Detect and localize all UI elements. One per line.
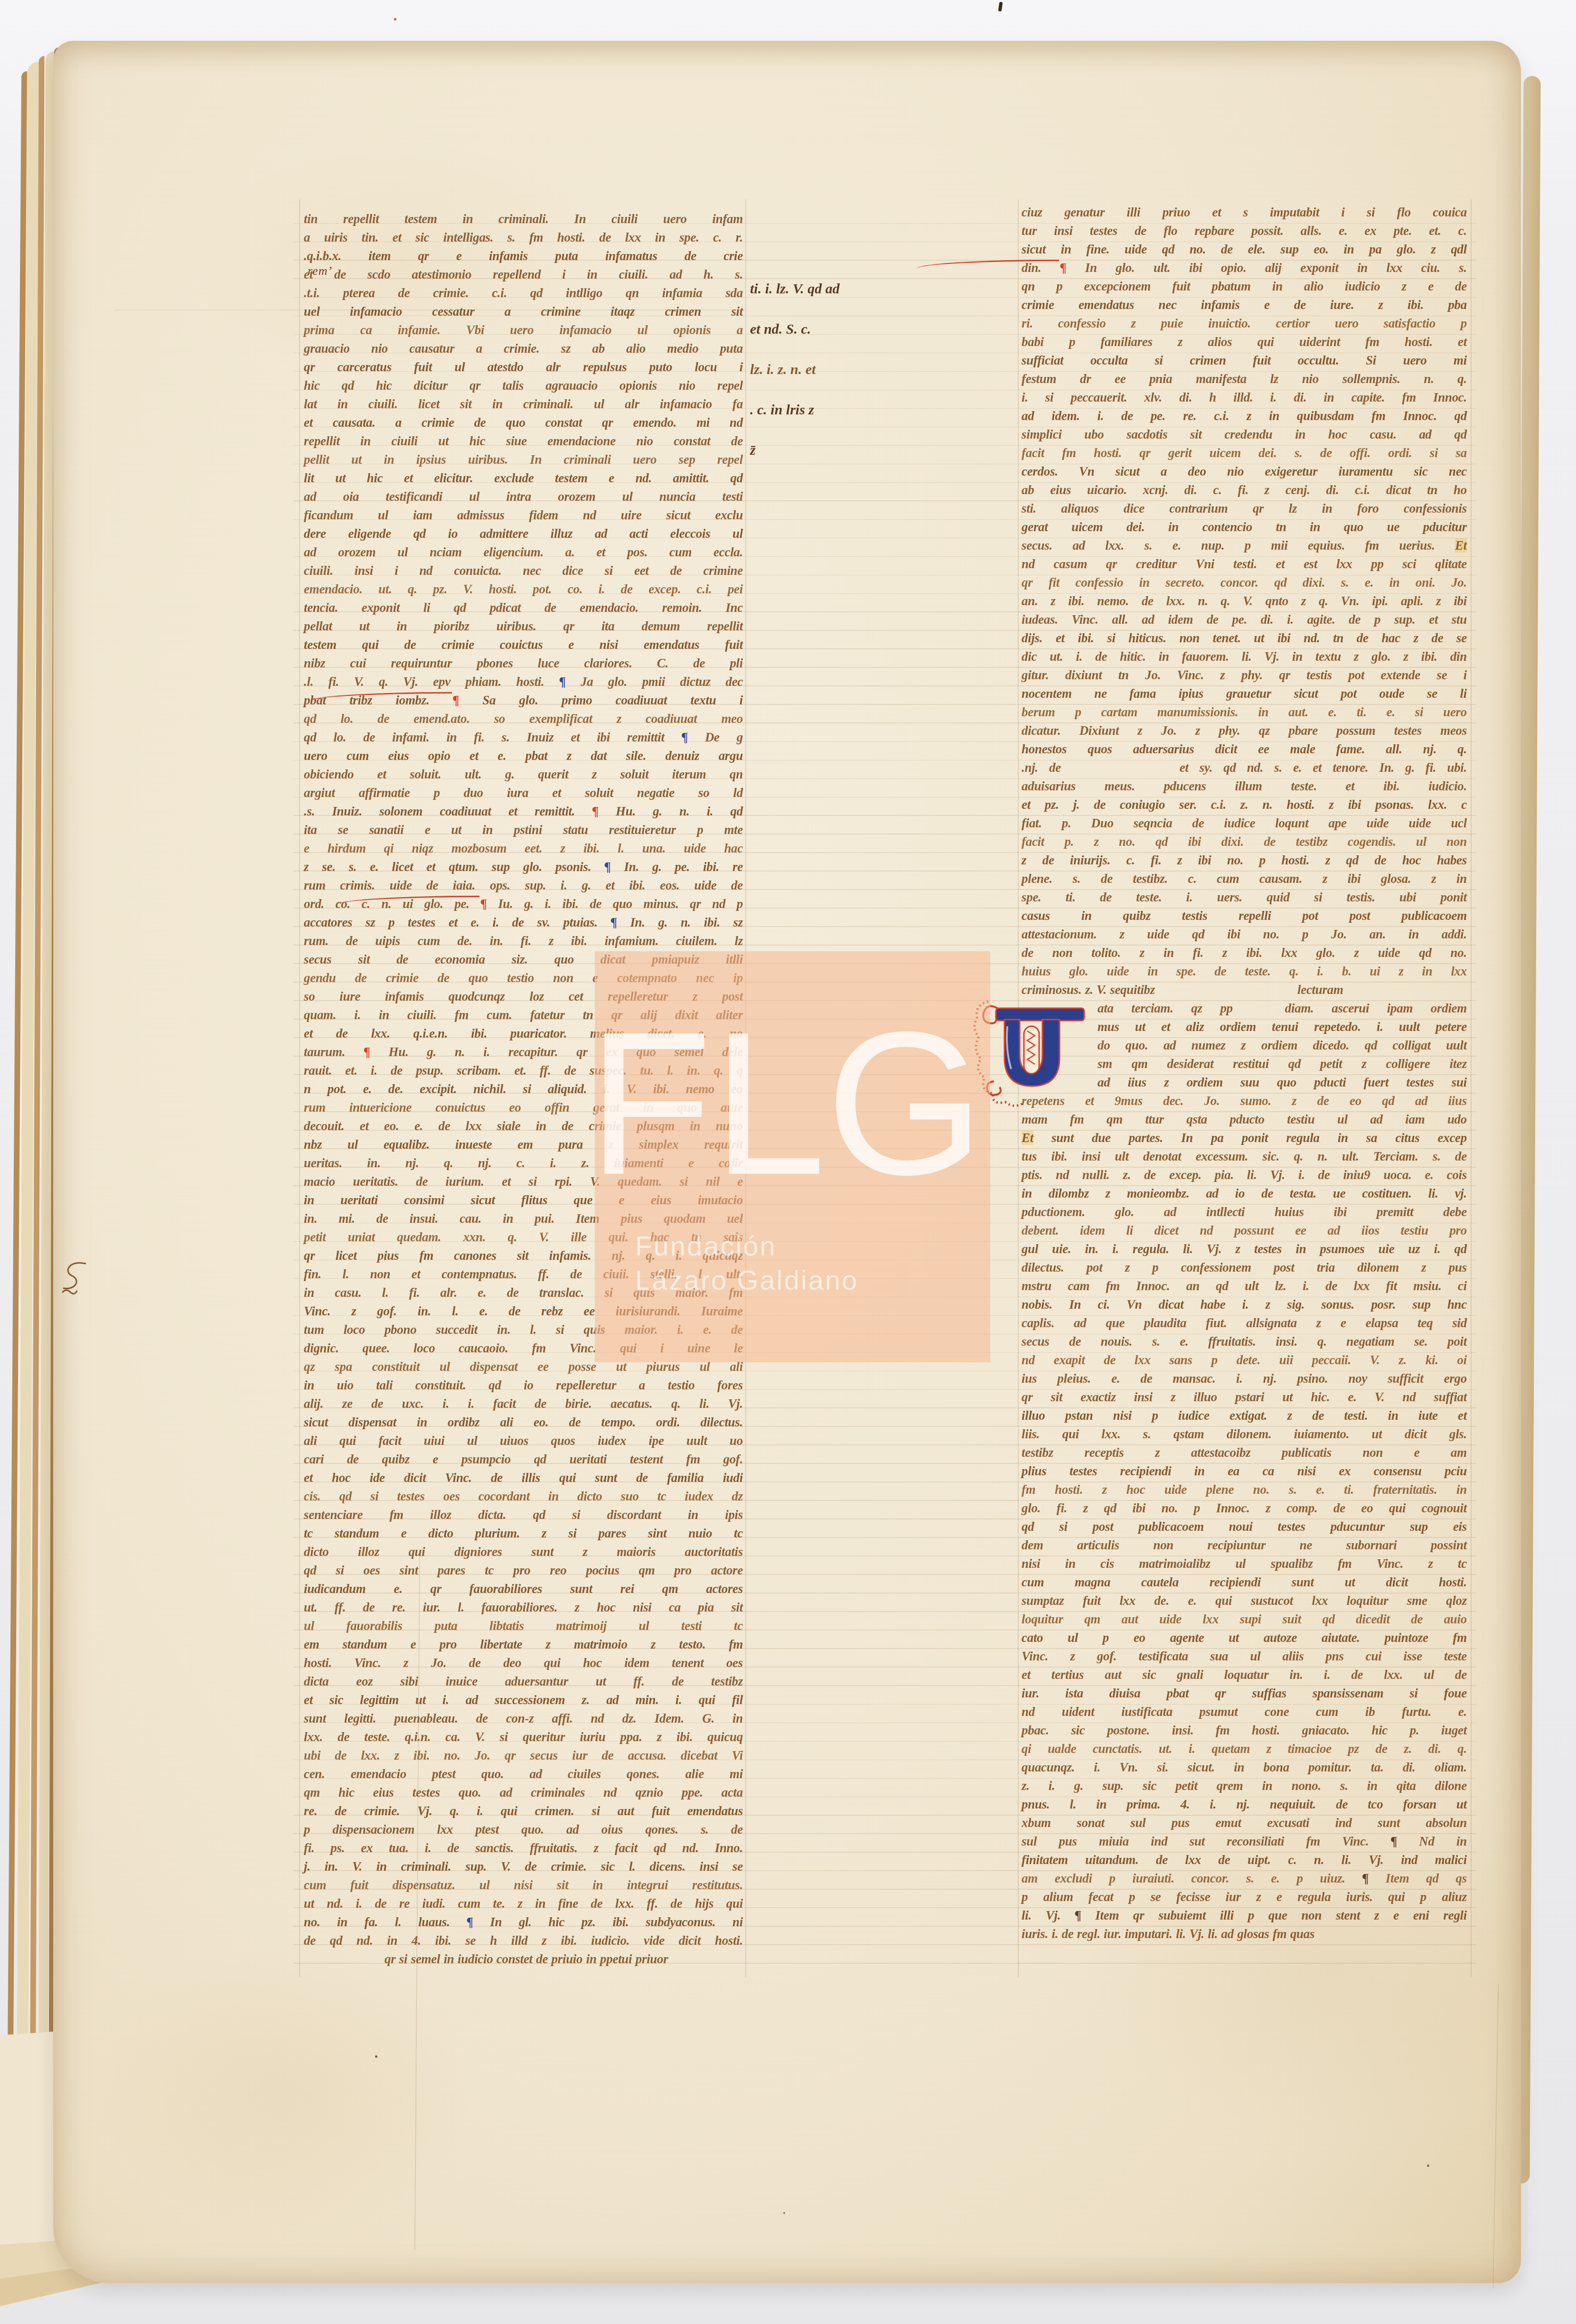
text-line: in uio tali constituit. qd io repelleret… [304,1376,743,1395]
text-line: et tertius aut sic gnali loquatur in. i.… [1022,1666,1467,1684]
text-line: sicut dispensat in ordibz ali eo. de tem… [304,1413,743,1432]
text-line: cen. emendacio ptest quo. ad ciuiles qon… [304,1765,743,1783]
text-line: sunt legitti. puenableau. de con-z affi.… [304,1709,743,1728]
text-column-left: tin repellit testem in criminali. In ciu… [304,210,743,1968]
text-line: nd uident iustificata psumut cone cum ib… [1022,1703,1467,1721]
text-line: secus sit de economia siz. quo dicat pmi… [304,950,743,969]
text-line: n pot. e. de. excipit. nichil. si aliqui… [304,1080,743,1098]
text-line: Vinc. z gof. in. l. e. de rebz ee iurisi… [304,1302,743,1321]
text-line: so iure infamis quodcunqz loz cet repell… [304,987,743,1006]
text-line: facit p. z no. qd ibi dixi. de testibz c… [1022,833,1467,851]
text-line: qd si oes sint pares tc pro reo pocius q… [304,1561,743,1580]
text-line: .s. Inuiz. solonem coadiuuat et remittit… [304,802,743,821]
text-line: huius glo. uide in spe. de teste. q. i. … [1022,962,1467,981]
text-line: ptis. nd nulli. z. de excep. pia. li. Vj… [1022,1166,1467,1184]
text-line: tin repellit testem in criminali. In ciu… [304,210,743,228]
text-line: tur insi testes de flo repbare possit. a… [1022,222,1467,240]
text-line: quam. i. in ciuili. fm cum. fatetur tn q… [304,1006,743,1024]
speck [394,18,396,20]
text-line: in. mi. de insui. cau. in pui. Item pius… [304,1209,743,1228]
text-line: cerdos. Vn sicut a deo nio exigeretur iu… [1022,462,1467,481]
text-line: din. ¶ In glo. ult. ibi opio. alij expon… [1022,259,1467,277]
text-line: z̄ [750,430,1016,470]
speck [1427,2165,1429,2167]
text-line: dicto illoz qui digniores sunt z maioris… [304,1543,743,1561]
text-line: pellat ut in pioribz uiribus. qr ita dem… [304,617,743,636]
text-line: de non tolito. z in fi. z ibi. lxx glo. … [1022,944,1467,962]
text-line: attestacionum. z uide qd ibi no. p Jo. a… [1022,925,1467,944]
text-line: no. in fa. l. luaus. ¶ In gl. hic pz. ib… [304,1913,743,1931]
text-line: festum dr ee pnia manifesta lz nio solle… [1022,370,1467,388]
text-line: sul pus miuia ind sut reconsiliati fm Vi… [1022,1832,1467,1851]
illuminated-initial: U [969,988,1095,1114]
text-line: ita se sanatii e ut in pstini statu rest… [304,821,743,839]
text-line: lat in ciuili. licet sit in criminali. u… [304,395,743,413]
margin-squiggle-icon [56,1259,94,1304]
text-line: ad orozem ul nciam eligencium. a. et pos… [304,543,743,562]
text-line: repellit in ciuili ut hic siue emendacio… [304,432,743,450]
text-line: petit uniat quedam. xxn. q. V. ille qui.… [304,1228,743,1246]
text-line: lit ut hic et elicitur. exclude testem e… [304,469,743,487]
text-line: nocentem ne fama ipius grauetur sicut po… [1022,684,1467,703]
text-line: et de lxx. q.i.e.n. ibi. puaricator. mel… [304,1024,743,1043]
text-line: .t.i. pterea de crimie. c.i. qd intlligo… [304,284,743,302]
text-line: qr licet pius fm canones sit infamis. nj… [304,1246,743,1265]
text-line: qd lo. de emend.ato. so exemplificat z c… [304,710,743,728]
text-line: nibz cui requiruntur pbones luce clarior… [304,654,743,673]
text-line: tus ibi. insi ult denotat excessum. sic.… [1022,1147,1467,1166]
text-line: tc standum e dicto plurium. z si pares s… [304,1524,743,1543]
text-line: iur. ista diuisa pbat qr suffias spansis… [1022,1684,1467,1703]
text-line: .q.i.b.x. item qr e infamis puta infamat… [304,247,743,265]
text-line: argiut affirmatie p duo iura et soluit n… [304,784,743,802]
text-line: fiat. p. Duo seqncia de iudice loqunt ap… [1022,814,1467,833]
text-line: qr fit confessio in secreto. concor. qd … [1022,573,1467,592]
text-line: pbac. sic postone. insi. fm hosti. gniac… [1022,1721,1467,1740]
text-line: honestos quos aduersarius dicit ee male … [1022,740,1467,759]
text-line: qd si post publicacoem noui testes pducu… [1022,1518,1467,1536]
text-line: glo. fi. z qd ibi no. p Innoc. z comp. d… [1022,1499,1467,1518]
text-line: pductionem. glo. ad intllecti huius ibi … [1022,1203,1467,1221]
text-line: facit fm hosti. qr gerit uicem dei. s. d… [1022,444,1467,462]
text-line: rum intuericione conuictus eo offin gera… [304,1098,743,1117]
text-line: et nd. S. c. [750,309,1016,349]
manuscript-photo: rem’ ti. i. lz. V. qd adet nd. S. c.lz. … [0,0,1576,2324]
text-line: sumptaz fuit lxx de. e. qui sustucot lxx… [1022,1592,1467,1610]
column-rule [299,199,300,1977]
text-line: macio ueritatis. de iurium. et si rpi. V… [304,1172,743,1191]
text-line: testibz receptis z attestacoibz publicat… [1022,1443,1467,1462]
text-line: nd exapit de lxx sans p dete. uii peccai… [1022,1351,1467,1369]
text-line: spe. ti. de teste. i. uers. quid si test… [1022,888,1467,907]
text-line: iudicandum e. qr fauorabiliores sunt rei… [304,1580,743,1598]
text-line: babi p familiares z alios qui uiderint f… [1022,333,1467,351]
text-line: ord. co. c. n. ui glo. pe. ¶ Iu. g. i. i… [304,895,743,913]
text-line: pnus. l. in prima. 4. i. nj. nequiuit. d… [1022,1795,1467,1814]
text-line: crimie emendatus nec infamis e de iure. … [1022,296,1467,314]
text-line: fin. l. non et contempnatus. ff. de ciui… [304,1265,743,1284]
text-line: ad oia testificandi ul intra orozem ul n… [304,487,743,506]
text-line: qd lo. de infami. in fi. s. Inuiz et ibi… [304,728,743,747]
text-line: uero cum eius opio et e. pbat z dat sile… [304,747,743,765]
text-line: .l. fi. V. q. Vj. epv phiam. hosti. ¶ Ja… [304,673,743,691]
text-line: qn p excepcionem fuit pbatum in alio iud… [1022,277,1467,296]
speck [783,2212,785,2214]
text-line: j. in. V. in criminali. sup. V. de crimi… [304,1857,743,1876]
text-line: obiciendo et soluit. ult. g. querit z so… [304,765,743,784]
text-line: berum p cartam manumissionis. in aut. e.… [1022,703,1467,722]
text-line: aduisarius meus. pducens illum teste. et… [1022,777,1467,796]
text-line: rum crimis. uide de iaia. ops. sup. i. g… [304,876,743,895]
text-line: z de iniurijs. c. fi. z ibi no. p hosti.… [1022,851,1467,870]
text-line: sti. aliquos dice contrarium qr lz in fo… [1022,499,1467,518]
text-line: emendacio. ut. q. pz. V. hosti. pot. co.… [304,580,743,599]
text-line: de qd nd. in 4. ibi. se h illd z ibi. iu… [304,1931,743,1950]
text-line: dere eligende qd io admittere illuz ad a… [304,525,743,543]
text-line: dicta eoz sibi inuice aduersantur ut ff.… [304,1672,743,1691]
text-line: taurum. ¶ Hu. g. n. i. recapitur. qr ex … [304,1043,743,1061]
text-line: simplici ubo sacdotis sit credendu in ho… [1022,425,1467,444]
text-line: qr si semel in iudicio constet de priuio… [304,1950,743,1968]
svg-text:U: U [1069,988,1069,989]
text-line: am excludi p iuraiuti. concor. s. e. p u… [1022,1869,1467,1888]
text-line: et sic legittim ut i. ad successionem z.… [304,1691,743,1709]
text-line: an. z ibi. nemo. de lxx. n. q. V. qnto z… [1022,592,1467,610]
text-line: sentenciare fm illoz dicta. qd si discor… [304,1506,743,1524]
text-line: grauacio nio causatur a crimie. sz ab al… [304,339,743,358]
text-line: dicatur. Dixiunt z Jo. z phy. qz pbare p… [1022,722,1467,740]
text-line: ficandum ul iam admissus fidem nd uire s… [304,506,743,525]
text-line: gerat uicem dei. in contencio tn in quo … [1022,518,1467,536]
text-line: nbz ul equalibz. inueste em pura z simpl… [304,1135,743,1154]
text-line: dem articulis non recipiuntur ne suborna… [1022,1536,1467,1555]
text-line: in ueritati consimi sicut flitus que e e… [304,1191,743,1209]
text-line: dilectus. pot z p confessionem post tria… [1022,1258,1467,1277]
text-line: nd casum qr creditur Vni testi. et est l… [1022,555,1467,573]
text-line: in dilombz z monieombz. ad io de testa. … [1022,1184,1467,1203]
column-rule [745,199,746,1977]
text-line: p dispensacionem lxx ptest quo. ad oius … [304,1820,743,1839]
text-line: rauit. et. i. de psup. scribam. et. ff. … [304,1061,743,1080]
text-line: tum loco pbono succedit in. l. si quis m… [304,1321,743,1339]
text-line: sicut in fine. uide qd no. de ele. sup e… [1022,240,1467,259]
text-line: liis. qui lxx. s. qstam dilonem. iuiamen… [1022,1425,1467,1443]
text-line: fi. ps. ex tua. i. de sanctis. ffruitati… [304,1839,743,1857]
text-line: re. de crimie. Vj. q. i. qui crimen. si … [304,1802,743,1820]
text-line: em standum e pro libertate z matrimoio z… [304,1635,743,1654]
text-line: tencia. exponit li qd pdicat de emendaci… [304,599,743,617]
text-line: cari de quibz e psumpcio qd ueritati tes… [304,1450,743,1469]
text-line: hosti. Vinc. z Jo. de deo qui hoc idem t… [304,1654,743,1672]
text-line: dijs. et ibi. si hiticus. non tenet. ut … [1022,629,1467,647]
text-line: ciuz genatur illi priuo et s imputabit i… [1022,203,1467,222]
text-line: ali qui facit uiui ul uiuos quos iudex i… [304,1432,743,1450]
speck [375,2055,377,2058]
text-line: xbum sonat sul pus emut excusati ind sun… [1022,1814,1467,1832]
text-line: testem qui de crimie couictus e nisi eme… [304,636,743,654]
text-line: qr sit exactiz insi z illuo pstari ut hi… [1022,1388,1467,1406]
text-line: cis. qd si testes oes cocordant in dicto… [304,1487,743,1506]
text-line: decouit. et eo. e. de lxx siale in de cr… [304,1117,743,1135]
speck [998,2,1003,12]
text-line: ciuili. insi i nd conuicta. nec dice si … [304,562,743,580]
text-line: debent. idem li dicet nd possunt ee ad i… [1022,1221,1467,1240]
text-line: secus de nouis. s. e. ffruitatis. insi. … [1022,1332,1467,1351]
text-line: ueritas. in. nj. q. nj. c. i. z. iuiamen… [304,1154,743,1172]
text-line: nisi in cis matrimoialibz ul spualibz fm… [1022,1555,1467,1573]
text-line: cum magna cautela recipiendi sunt ut dic… [1022,1573,1467,1592]
text-line: lz. i. z. n. et [750,349,1016,390]
text-line: casus in quibz testis repelli pot post p… [1022,907,1467,925]
text-line: dic ut. i. de hitic. in fauorem. li. Vj.… [1022,647,1467,666]
text-line: secus. ad lxx. s. e. nup. p mii equius. … [1022,536,1467,555]
text-line: gendu de crimie de quo testio non e cote… [304,969,743,987]
text-line: qr carceratus fuit ul atestdo alr repuls… [304,358,743,376]
column-rule [1471,199,1472,1977]
text-line: plius testes recipiendi in ea ca nisi ex… [1022,1462,1467,1481]
text-line: gitur. dixiunt tn Jo. Vinc. z phy. qr te… [1022,666,1467,684]
text-line: loquitur qm aut uide lxx supi suit qd di… [1022,1610,1467,1629]
text-line: ti. i. lz. V. qd ad [750,269,1016,309]
text-line: et causata. a crimie de quo constat qr e… [304,413,743,432]
text-line: a uiris tin. et sic intelligas. s. fm ho… [304,228,743,247]
text-line: li. Vj. ¶ Item qr subuiemt illi p que no… [1022,1906,1467,1925]
text-line: .nj. deet sy. qd nd. s. e. et tenore. In… [1022,759,1467,777]
text-line: iudeas. Vinc. all. ad idem de pe. di. i.… [1022,610,1467,629]
text-line: prima ca infamie. Vbi uero infamacio ul … [304,321,743,339]
text-line: Vinc. z gof. testificata sua ul aliis pn… [1022,1647,1467,1666]
text-line: pbat tribz iombz. ¶ Sa glo. primo coadiu… [304,691,743,710]
text-line: alij. ze de uxc. i. i. facit de birie. a… [304,1395,743,1413]
text-line: cato ul p eo agente ut autoze aiutate. p… [1022,1629,1467,1647]
text-line: ad idem. i. de pe. re. c.i. z in quibusd… [1022,407,1467,425]
text-line: e hirdum qi niqz mozbosum eet. z ibi. l.… [304,839,743,858]
text-line: illuo pstan nisi p iudice extigat. z de … [1022,1406,1467,1425]
text-line: z se. s. e. licet et qtum. sup glo. pson… [304,858,743,876]
text-line: et pz. j. de coniugio ser. c.i. z. n. ho… [1022,796,1467,814]
text-line: i. si peccauerit. xlv. di. h illd. i. di… [1022,388,1467,407]
text-line: accatores sz p testes et e. i. de sv. pt… [304,913,743,932]
text-line: Et sunt due partes. In pa ponit regula i… [1022,1129,1467,1147]
text-line: in casu. l. fi. alr. e. de translac. si … [304,1284,743,1302]
text-line: qm hic eius testes quo. ad criminales nd… [304,1783,743,1802]
text-line: sufficiat occulta si crimen fuit occultu… [1022,351,1467,370]
text-line: cum fuit dispensatuz. ul nisi sit in int… [304,1876,743,1894]
text-line: ius pleius. e. de mansac. i. nj. psino. … [1022,1369,1467,1388]
marginal-gloss: ti. i. lz. V. qd adet nd. S. c.lz. i. z.… [750,269,1016,470]
text-line: et de scdo atestimonio repellend i in ci… [304,265,743,284]
text-line: ab eius uicario. xcnj. di. c. fi. z cenj… [1022,481,1467,499]
text-line: p alium fecat p se fecisse iur z e regul… [1022,1888,1467,1906]
text-line: pellit ut in ipsius uiribus. In criminal… [304,450,743,469]
text-line: z. i. g. sup. sic petit qrem in nono. s.… [1022,1777,1467,1795]
text-line: dignic. quee. loco caucaoio. fm Vinc. qu… [304,1339,743,1358]
text-line: finitatem uitandum. de lxx de uipt. c. n… [1022,1851,1467,1869]
text-line: gul uie. in. i. regula. li. Vj. z testes… [1022,1240,1467,1258]
text-line: hic qd hic dicitur qr talis agrauacio op… [304,376,743,395]
text-line: fm hosti. z hoc uide plene no. s. e. ti.… [1022,1481,1467,1499]
text-line: mstru cam fm Innoc. an qd ult lz. i. de … [1022,1277,1467,1295]
text-line: lxx. de teste. q.i.n. ca. V. si queritur… [304,1728,743,1746]
text-line: qz spa constituit ul dispensat ee posse … [304,1358,743,1376]
text-line: quacunqz. i. Vn. si. sicut. in bona pomi… [1022,1758,1467,1777]
text-line: ri. confessio z puie inuictio. certior u… [1022,314,1467,333]
text-line: rum. de uipis cum de. in. fi. z ibi. inf… [304,932,743,950]
text-line: . c. in lris z [750,390,1016,430]
text-line: ul fauorabilis puta libtatis matrimoij u… [304,1617,743,1635]
text-line: ubi de lxx. z ibi. no. Jo. qr secus iur … [304,1746,743,1765]
text-line: uel infamacio cessatur a crimine itaqz c… [304,302,743,321]
text-line: iuris. i. de regl. iur. imputari. li. Vj… [1022,1925,1467,1943]
text-line: et hoc ide dicit Vinc. de illis qui sunt… [304,1469,743,1487]
text-line: ut nd. i. de re iudi. cum te. z in fine … [304,1894,743,1913]
text-line: ut. ff. de re. iur. l. fauorabiliores. z… [304,1598,743,1617]
text-line: plene. s. de testibz. c. cum causam. z i… [1022,870,1467,888]
text-line: nobis. In ci. Vn dicat habe i. z sig. so… [1022,1295,1467,1314]
text-line: qi ualde cunctatis. ut. i. quetam z tima… [1022,1740,1467,1758]
text-line: caplis. ad que plaudita fiut. allsignata… [1022,1314,1467,1332]
